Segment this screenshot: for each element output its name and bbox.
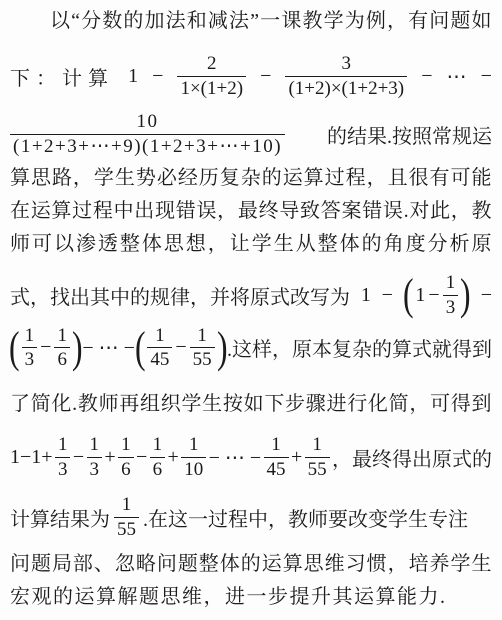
- paren-open: (: [9, 323, 20, 373]
- fraction: 1 45: [147, 325, 172, 371]
- plus-operator: +: [291, 446, 302, 469]
- fraction: 1 10: [181, 434, 206, 480]
- fraction-denominator: 1×(1+2): [177, 76, 246, 99]
- fraction-numerator: 1: [119, 494, 135, 516]
- minus-operator: −: [175, 336, 186, 359]
- minus-operator: −: [152, 65, 163, 88]
- formula-line-3: 10 (1+2+3+⋯+9)(1+2+3+⋯+10) 的结果.按照常规运: [10, 108, 492, 160]
- fraction-denominator: 45: [264, 457, 289, 480]
- fraction-numerator: 1: [152, 325, 168, 347]
- minus-operator: −: [481, 65, 492, 88]
- text-segment: 的结果.按照常规运: [327, 120, 492, 149]
- parenthesized-expression: ( 1 3 − 1 6 ): [10, 323, 82, 373]
- fraction: 1 6: [118, 434, 134, 480]
- minus-operator: −: [428, 284, 439, 307]
- formula-line-8: ( 1 3 − 1 6 ) − ⋯ − ( 1 45 − 1 55 ): [10, 321, 492, 374]
- text-segment: ，最终得出原式的: [332, 443, 492, 472]
- fraction-numerator: 1: [87, 434, 103, 456]
- fraction-denominator: (1+2)×(1+2+3): [285, 76, 407, 99]
- fraction-numerator: 1: [55, 434, 71, 456]
- fraction-denominator: 3: [87, 457, 103, 480]
- fraction-denominator: 6: [54, 347, 70, 370]
- minus-operator: −: [481, 284, 492, 307]
- formula-line-7: 式，找出其中的规律，并将原式改写为 1 − ( 1 − 1 3 ) −: [10, 269, 492, 321]
- text-segment: 下：计算: [10, 62, 114, 91]
- fraction-denominator: 3: [22, 347, 38, 370]
- fraction: 1 55: [190, 325, 215, 371]
- paren-open: (: [403, 270, 414, 320]
- fraction: 1 3: [55, 434, 71, 480]
- minus-ellipsis-minus: − ⋯ −: [209, 445, 262, 470]
- fraction: 1 3: [443, 272, 459, 318]
- fraction-denominator: 55: [190, 347, 215, 370]
- fraction-numerator: 1: [118, 434, 134, 456]
- text-line-1: 以“分数的加法和减法”一课教学为例，有问题如: [10, 5, 492, 38]
- fraction: 1 6: [54, 325, 70, 371]
- fraction-numerator: 1: [186, 434, 202, 456]
- fraction: 1 3: [87, 434, 103, 480]
- plus-operator: +: [168, 446, 179, 469]
- minus-ellipsis-minus: − ⋯ −: [82, 335, 135, 360]
- ellipsis: ⋯: [447, 64, 467, 89]
- fraction-numerator: 1: [309, 434, 325, 456]
- fraction-numerator: 1: [150, 434, 166, 456]
- fraction: 10 (1+2+3+⋯+9)(1+2+3+⋯+10): [10, 111, 285, 157]
- fraction-numerator: 1: [54, 325, 70, 347]
- paren-close: ): [217, 323, 228, 373]
- text-line-4: 算思路，学生势必经历复杂的运算过程，且很有可能: [10, 162, 492, 195]
- fraction-denominator: 10: [181, 457, 206, 480]
- minus-operator: −: [382, 284, 393, 307]
- fraction-numerator: 2: [204, 53, 220, 75]
- fraction-denominator: 3: [443, 295, 459, 318]
- minus-operator: −: [40, 336, 51, 359]
- minus-operator: −: [421, 65, 432, 88]
- text-line-13: 宏观的运算解题思维，进一步提升其运算能力.: [10, 581, 492, 614]
- fraction-numerator: 10: [134, 111, 162, 133]
- math-term: 1: [128, 65, 138, 88]
- text-segment: 计算结果为: [10, 503, 110, 532]
- fraction-denominator: 6: [118, 457, 134, 480]
- text-line-6: 师可以渗透整体思想，让学生从整体的角度分析原: [10, 228, 492, 261]
- fraction: 1 45: [264, 434, 289, 480]
- fraction: 3 (1+2)×(1+2+3): [285, 53, 407, 99]
- minus-operator: −: [73, 446, 84, 469]
- formula-line-11: 计算结果为 1 55 .在这一过程中，教师要改变学生专注: [10, 493, 492, 541]
- paren-close: ): [460, 270, 471, 320]
- fraction: 1 6: [150, 434, 166, 480]
- fraction-denominator: 6: [150, 457, 166, 480]
- text-line-12: 问题局部、忽略问题整体的运算思维习惯，培养学生: [10, 548, 492, 581]
- fraction-numerator: 1: [443, 272, 459, 294]
- text-line-9: 了简化.教师再组织学生按如下步骤进行化简，可得到: [10, 388, 492, 421]
- parenthesized-expression: ( 1 − 1 3 ): [404, 270, 470, 320]
- fraction-numerator: 1: [268, 434, 284, 456]
- parenthesized-expression: ( 1 45 − 1 55 ): [136, 323, 227, 373]
- text-segment: .在这一过程中，教师要改变学生专注: [143, 503, 468, 532]
- math-term: 1: [361, 284, 371, 307]
- fraction-numerator: 1: [22, 325, 38, 347]
- fraction: 2 1×(1+2): [177, 53, 246, 99]
- paren-open: (: [135, 323, 146, 373]
- fraction-denominator: 55: [305, 457, 330, 480]
- fraction: 1 3: [22, 325, 38, 371]
- fraction-denominator: 3: [55, 457, 71, 480]
- text-segment: 式，找出其中的规律，并将原式改写为: [10, 281, 350, 310]
- math-term: 1−1+: [10, 446, 53, 469]
- fraction: 1 55: [114, 494, 139, 540]
- text-segment: .这样，原本复杂的算式就得到: [227, 333, 492, 362]
- paren-close: ): [72, 323, 83, 373]
- fraction-numerator: 1: [194, 325, 210, 347]
- formula-line-2: 下：计算 1 − 2 1×(1+2) − 3 (1+2)×(1+2+3) − ⋯…: [10, 50, 492, 102]
- minus-operator: −: [136, 446, 147, 469]
- math-term: 1: [415, 284, 425, 307]
- fraction-denominator: 45: [147, 347, 172, 370]
- fraction-denominator: 55: [114, 517, 139, 540]
- fraction-denominator: (1+2+3+⋯+9)(1+2+3+⋯+10): [10, 134, 285, 157]
- formula-line-10: 1−1+ 1 3 − 1 3 + 1 6 − 1 6 + 1 10 − ⋯ − …: [10, 431, 492, 483]
- fraction: 1 55: [305, 434, 330, 480]
- document-page: 以“分数的加法和减法”一课教学为例，有问题如 下：计算 1 − 2 1×(1+2…: [0, 0, 502, 620]
- text-line-5: 在运算过程中出现错误，最终导致答案错误.对此，教: [10, 195, 492, 228]
- plus-operator: +: [104, 446, 115, 469]
- minus-operator: −: [260, 65, 271, 88]
- fraction-numerator: 3: [339, 53, 355, 75]
